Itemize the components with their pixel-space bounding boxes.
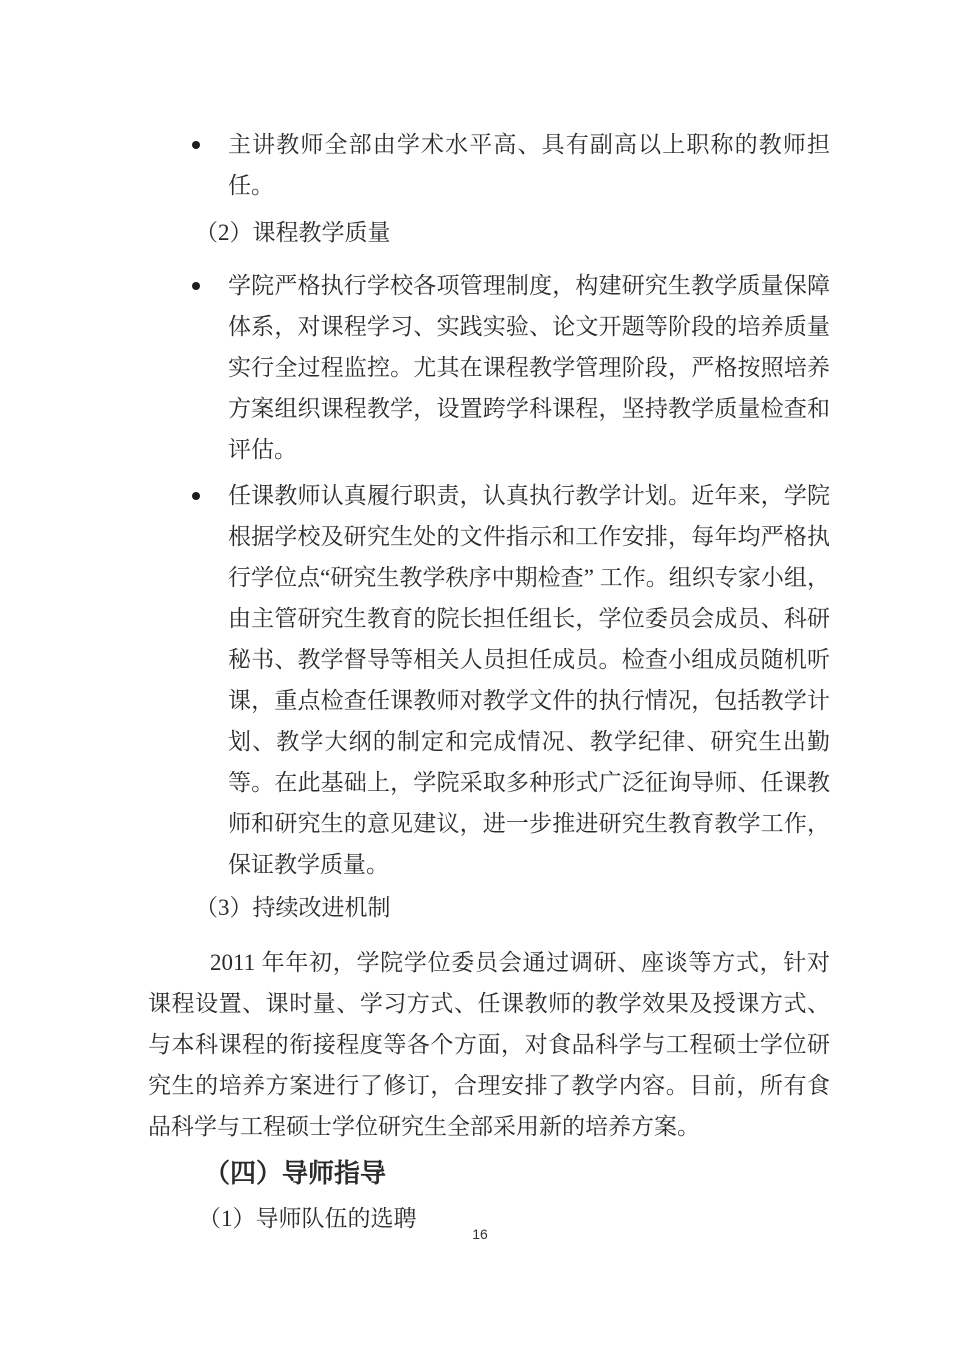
- paragraph-improvement: 2011 年年初，学院学位委员会通过调研、座谈等方式，针对课程设置、课时量、学习…: [148, 942, 830, 1147]
- document-page: 主讲教师全部由学术水平高、具有副高以上职称的教师担任。 （2）课程教学质量 学院…: [0, 0, 960, 1357]
- bullet-item: 主讲教师全部由学术水平高、具有副高以上职称的教师担任。: [148, 124, 830, 206]
- bullet-text: 任课教师认真履行职责，认真执行教学计划。近年来，学院根据学校及研究生处的文件指示…: [228, 483, 830, 877]
- bullet-text: 主讲教师全部由学术水平高、具有副高以上职称的教师担任。: [228, 132, 830, 198]
- bullet-icon: [192, 282, 200, 290]
- section-heading-course-quality: （2）课程教学质量: [148, 212, 830, 253]
- section-heading-mentor-guidance: （四）导师指导: [148, 1151, 830, 1195]
- bullet-item: 学院严格执行学校各项管理制度，构建研究生教学质量保障体系，对课程学习、实践实验、…: [148, 265, 830, 470]
- bullet-icon: [192, 492, 200, 500]
- section-heading-improvement: （3）持续改进机制: [148, 887, 830, 928]
- page-number: 16: [0, 1226, 960, 1242]
- bullet-icon: [192, 141, 200, 149]
- bullet-item: 任课教师认真履行职责，认真执行教学计划。近年来，学院根据学校及研究生处的文件指示…: [148, 475, 830, 885]
- document-content: 主讲教师全部由学术水平高、具有副高以上职称的教师担任。 （2）课程教学质量 学院…: [148, 124, 830, 1239]
- bullet-text: 学院严格执行学校各项管理制度，构建研究生教学质量保障体系，对课程学习、实践实验、…: [228, 273, 830, 462]
